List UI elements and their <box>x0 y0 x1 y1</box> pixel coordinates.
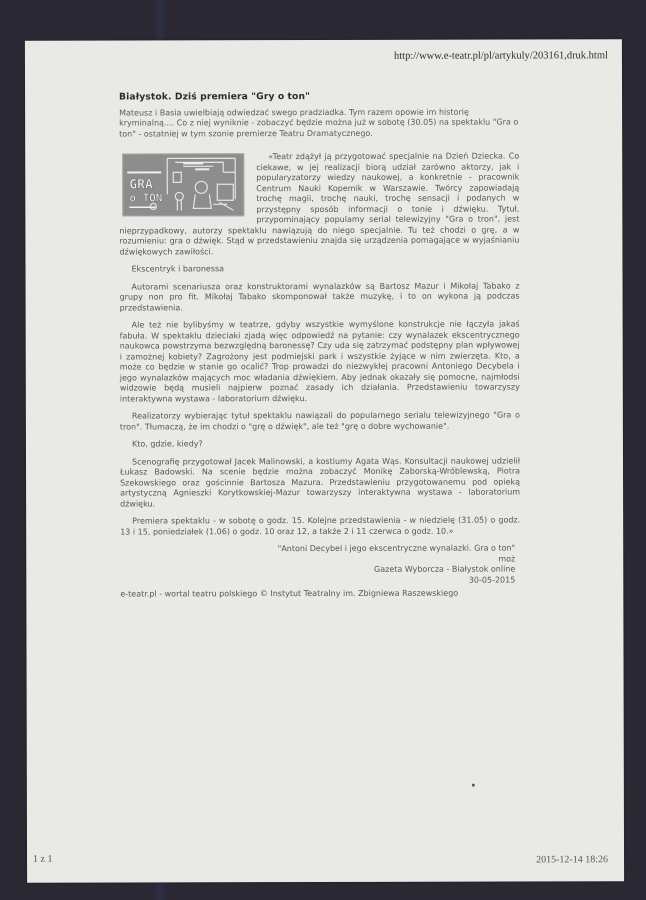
source-title: "Antoni Decybel i jego ekscentryczne wyn… <box>120 544 515 556</box>
paper-stain <box>472 784 475 787</box>
article-signature: "Antoni Decybel i jego ekscentryczne wyn… <box>120 544 515 587</box>
poster-illustration-icon: GRA o TON <box>123 154 243 215</box>
paragraph-6: Premiera spektaklu - w sobotę o godz. 15… <box>120 515 520 537</box>
page-number: 1 z 1 <box>33 854 52 865</box>
article-lead: Mateusz i Basia uwielbiają odwiedzać swe… <box>119 107 519 140</box>
subheading-who-where-when: Kto, gdzie, kiedy? <box>120 438 520 450</box>
paragraph-4: Realizatorzy wybierając tytuł spektaklu … <box>120 410 520 432</box>
site-footer: e-teatr.pl - wortal teatru polskiego © I… <box>120 588 520 600</box>
article-title: Białystok. Dziś premiera "Gry o ton" <box>119 91 519 103</box>
article: Białystok. Dziś premiera "Gry o ton" Mat… <box>119 91 520 600</box>
subheading-eccentric: Ekscentryk i baronessa <box>119 263 519 275</box>
svg-text:o TON: o TON <box>129 191 162 204</box>
publication-date: 30-05-2015 <box>120 575 515 587</box>
article-image: GRA o TON <box>122 153 244 216</box>
printed-page: http://www.e-teatr.pl/pl/artykuly/203161… <box>25 39 624 883</box>
page-url: http://www.e-teatr.pl/pl/artykuly/203161… <box>394 50 608 62</box>
print-timestamp: 2015-12-14 18:26 <box>536 854 608 865</box>
paragraph-2: Autorami scenariusza oraz konstruktorami… <box>120 281 520 314</box>
paragraph-5: Scenografię przygotował Jacek Malinowski… <box>120 456 520 510</box>
svg-text:GRA: GRA <box>129 177 153 192</box>
publication: Gazeta Wyborcza - Białystok online <box>120 565 515 577</box>
paragraph-3: Ale też nie bylibyśmy w teatrze, gdyby w… <box>120 319 520 404</box>
